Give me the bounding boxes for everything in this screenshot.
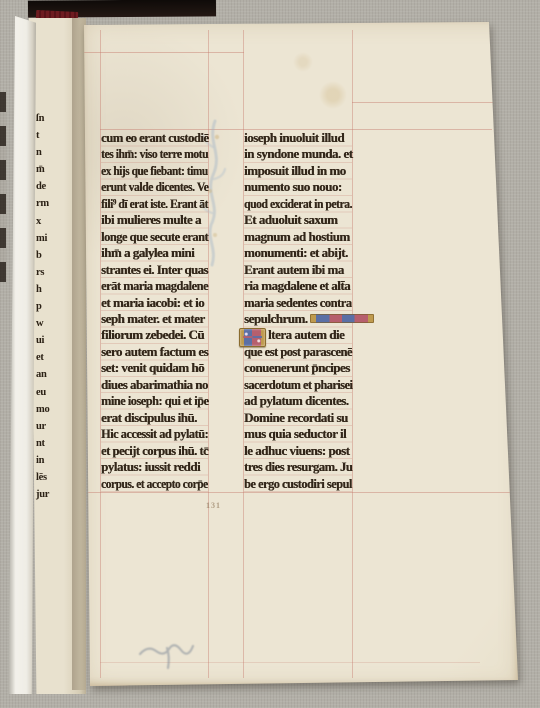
- text-line: erāt maria magdalene: [101, 278, 203, 294]
- text-line: strantes ei. Inter quas: [101, 262, 206, 278]
- text-line: ex hijs que fiebant: timu: [101, 163, 194, 179]
- gutter-text-fragment: t: [36, 127, 74, 144]
- text-line: sero autem factum es: [101, 344, 208, 360]
- sprig-gold-dot: [208, 189, 212, 193]
- text-line: et pecijt corpus ihū. tc̄: [101, 443, 204, 459]
- text-line: tres dies resurgam. Ju: [244, 459, 349, 475]
- faint-pencil-inscription: [136, 634, 200, 674]
- gutter-text-fragment: mi: [36, 230, 74, 247]
- gutter-text-fragment: jur: [36, 486, 74, 503]
- gutter-text-fragment: ur: [36, 418, 74, 435]
- text-line: monumenti: et abijt.: [244, 245, 352, 261]
- text-line: Et aduoluit saxum: [244, 212, 352, 228]
- text-line: Erant autem ibi ma: [244, 262, 352, 278]
- text-line: seph mater. et mater: [101, 311, 208, 327]
- sprig-stem: [210, 121, 216, 265]
- text-line: sacerdotum et pharisei: [244, 377, 345, 393]
- sprig-gold-dot: [213, 233, 217, 237]
- text-line: et maria iacobi: et io: [101, 295, 208, 311]
- text-line: fili⁹ dī erat iste. Erant āt: [101, 196, 196, 212]
- text-line: erat discipulus ihū.: [101, 410, 208, 426]
- text-column-left: cum eo erant custodiētes ihm̄: viso terr…: [101, 130, 208, 492]
- gutter-text-fragment: an: [36, 366, 74, 383]
- text-line: pylatus: iussit reddi: [101, 459, 208, 475]
- gutter-text-fragment: n: [36, 144, 74, 161]
- text-line: Hic accessit ad pylatū:: [101, 426, 202, 442]
- gutter-text-fragment: h: [36, 281, 74, 298]
- gutter-text-fragment: in: [36, 452, 74, 469]
- text-line: tes ihm̄: viso terre motu: [101, 146, 196, 162]
- gutter-text-fragment: lēs: [36, 469, 74, 486]
- text-line: erunt valde dicentes. Ve: [101, 179, 197, 195]
- text-line: ioseph inuoluit illud: [244, 130, 352, 146]
- gutter-text-fragment: rm: [36, 195, 74, 212]
- text-line: set: venit quidam hō: [101, 360, 208, 376]
- gutter-text-fragment: x: [36, 213, 74, 230]
- text-line: ria magdalene et alt̄a: [244, 278, 352, 294]
- ruling-line-horizontal-top-margin: [84, 52, 244, 53]
- text-line: longe que secute erant: [101, 229, 203, 245]
- text-line: ad pylatum dicentes.: [244, 393, 352, 409]
- gutter-text-fragment: eu: [36, 384, 74, 401]
- gutter-text-fragment: p: [36, 298, 74, 315]
- text-line: in syndone munda. et: [244, 146, 352, 162]
- text-line: Domine recordati su: [244, 410, 352, 426]
- cover-board-edge: [0, 92, 6, 282]
- text-line: magnum ad hostium: [244, 229, 352, 245]
- text-line: le adhuc viuens: post: [244, 443, 352, 459]
- gutter-text-fragments: ſntnm̄dermxmibrshpwuietaneumourntinlēsju…: [36, 110, 74, 503]
- inscription-stroke: [140, 645, 193, 668]
- text-line: ibi mulieres multe a: [101, 212, 208, 228]
- gutter-text-fragment: rs: [36, 264, 74, 281]
- text-line: ltera autem die: [268, 327, 352, 343]
- text-line: imposuit illud in mo: [244, 163, 352, 179]
- text-line: conuenerunt p̄ncipes: [244, 360, 352, 376]
- gutter-text-fragment: et: [36, 349, 74, 366]
- gutter-text-fragment: de: [36, 178, 74, 195]
- text-line: numento suo nouo:: [244, 179, 352, 195]
- ruling-line-vertical-4: [352, 30, 353, 678]
- text-line: cum eo erant custodiē: [101, 130, 205, 146]
- gutter-text-fragment: ui: [36, 332, 74, 349]
- text-line: be ergo custodiri sepul: [244, 476, 346, 492]
- gutter-text-fragment: b: [36, 247, 74, 264]
- text-line: ihm̄ a galylea mini: [101, 245, 208, 261]
- text-column-right: ioseph inuoluit illudin syndone munda. e…: [244, 130, 352, 492]
- gutter-text-fragment: ſn: [36, 110, 74, 127]
- ruling-line-horizontal-text-bottom: [84, 492, 514, 493]
- decorative-line-filler: [310, 314, 374, 323]
- text-line: corpus. et accepto corp̄e: [101, 476, 195, 492]
- gutter-text-fragment: mo: [36, 401, 74, 418]
- text-line: diues abarimathia no: [101, 377, 207, 393]
- folio-number: 131: [206, 501, 221, 510]
- sprig-gold-dot: [215, 135, 219, 139]
- illuminated-initial-A: [239, 328, 266, 347]
- text-line: maria sedentes contra: [244, 295, 348, 311]
- text-line: quod exciderat in petra.: [244, 196, 340, 212]
- gutter-text-fragment: m̄: [36, 161, 74, 178]
- text-line: mine ioseph: qui et ip̄e: [101, 393, 202, 409]
- manuscript-page: cum eo erant custodiētes ihm̄: viso terr…: [84, 22, 520, 688]
- text-line: mus quia seductor il: [244, 426, 352, 442]
- text-line: filiorum zebedei. Cū: [101, 327, 208, 343]
- gutter-text-fragment: w: [36, 315, 74, 332]
- ruling-line-horizontal-top-right: [352, 102, 514, 103]
- gutter-text-fragment: nt: [36, 435, 74, 452]
- parchment-surface: cum eo erant custodiētes ihm̄: viso terr…: [84, 22, 520, 688]
